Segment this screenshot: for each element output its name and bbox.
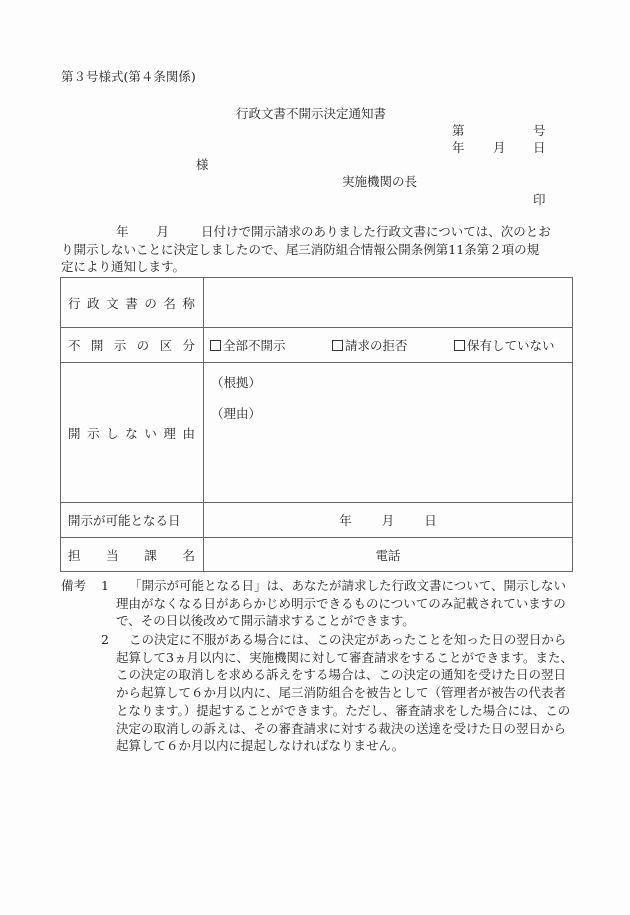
decision-table: 行 政 文 書 の 名 称 不 開 示 の 区 分 全部不開示 <box>60 277 573 572</box>
number-prefix: 第 <box>452 121 465 139</box>
intro-line3: 定により通知します。 <box>61 258 573 276</box>
seal-mark: 印 <box>533 190 546 208</box>
intro-line1: 日付けで開示請求のありました行政文書については、次のとお <box>201 224 551 239</box>
nondisclosure-options: 全部不開示 請求の拒否 保有していない <box>204 328 573 363</box>
checkbox-icon[interactable] <box>332 340 343 351</box>
note-number-2: 2 <box>101 631 109 649</box>
row-disclosable-date: 開示が可能となる日 年月日 <box>61 503 573 538</box>
reason-field[interactable]: （根拠） （理由） <box>204 363 573 503</box>
form-id: 第３号様式(第４条関係) <box>61 67 196 85</box>
label-document-name: 行 政 文 書 の 名 称 <box>61 278 204 328</box>
note-text-2: この決定に不服がある場合には、この決定があったことを知った日の翌日から起算して3… <box>116 631 577 755</box>
label-reason: 開 示 し な い 理 由 <box>61 363 204 503</box>
document-title: 行政文書不開示決定通知書 <box>236 104 386 122</box>
note-text-1: 「開示が可能となる日」は、あなたが請求した行政文書について、開示しない理由がなく… <box>116 577 577 630</box>
issuer: 実施機関の長 <box>342 172 417 190</box>
note-number-1: 1 <box>101 577 109 595</box>
issue-date-year: 年 <box>452 138 465 156</box>
phone-label: 電話 <box>375 548 400 563</box>
number-suffix: 号 <box>533 121 546 139</box>
notes-heading: 備考 <box>61 577 86 595</box>
row-department: 担 当 課 名 電話 <box>61 538 573 572</box>
intro-month: 月 <box>157 224 170 239</box>
label-nondisclosure-type: 不 開 示 の 区 分 <box>61 328 204 363</box>
row-document-name: 行 政 文 書 の 名 称 <box>61 278 573 328</box>
disclosable-date-field[interactable]: 年月日 <box>204 503 573 538</box>
checkbox-icon[interactable] <box>210 340 221 351</box>
checkbox-icon[interactable] <box>454 340 465 351</box>
document-name-field[interactable] <box>204 278 573 328</box>
option-full-nondisclosure[interactable]: 全部不開示 <box>210 336 332 354</box>
issue-date-day: 日 <box>533 138 546 156</box>
intro-line2: り開示しないことに決定しましたので、尾三消防組合情報公開条例第11条第２項の規 <box>61 241 573 259</box>
intro-paragraph: 年月日付けで開示請求のありました行政文書については、次のとお り開示しないことに… <box>61 223 573 276</box>
label-disclosable-date: 開示が可能となる日 <box>61 503 204 538</box>
option-not-held[interactable]: 保有していない <box>454 336 555 354</box>
department-phone-field[interactable]: 電話 <box>204 538 573 572</box>
addressee-suffix: 様 <box>196 155 209 173</box>
basis-label: （根拠） <box>211 373 572 391</box>
option-request-refusal[interactable]: 請求の拒否 <box>332 336 454 354</box>
label-department: 担 当 課 名 <box>61 538 204 572</box>
row-reason: 開 示 し な い 理 由 （根拠） （理由） <box>61 363 573 503</box>
reason-label: （理由） <box>211 404 572 422</box>
intro-year: 年 <box>116 224 129 239</box>
issue-date-month: 月 <box>493 138 506 156</box>
row-nondisclosure-type: 不 開 示 の 区 分 全部不開示 請求の拒否 保有していない <box>61 328 573 363</box>
